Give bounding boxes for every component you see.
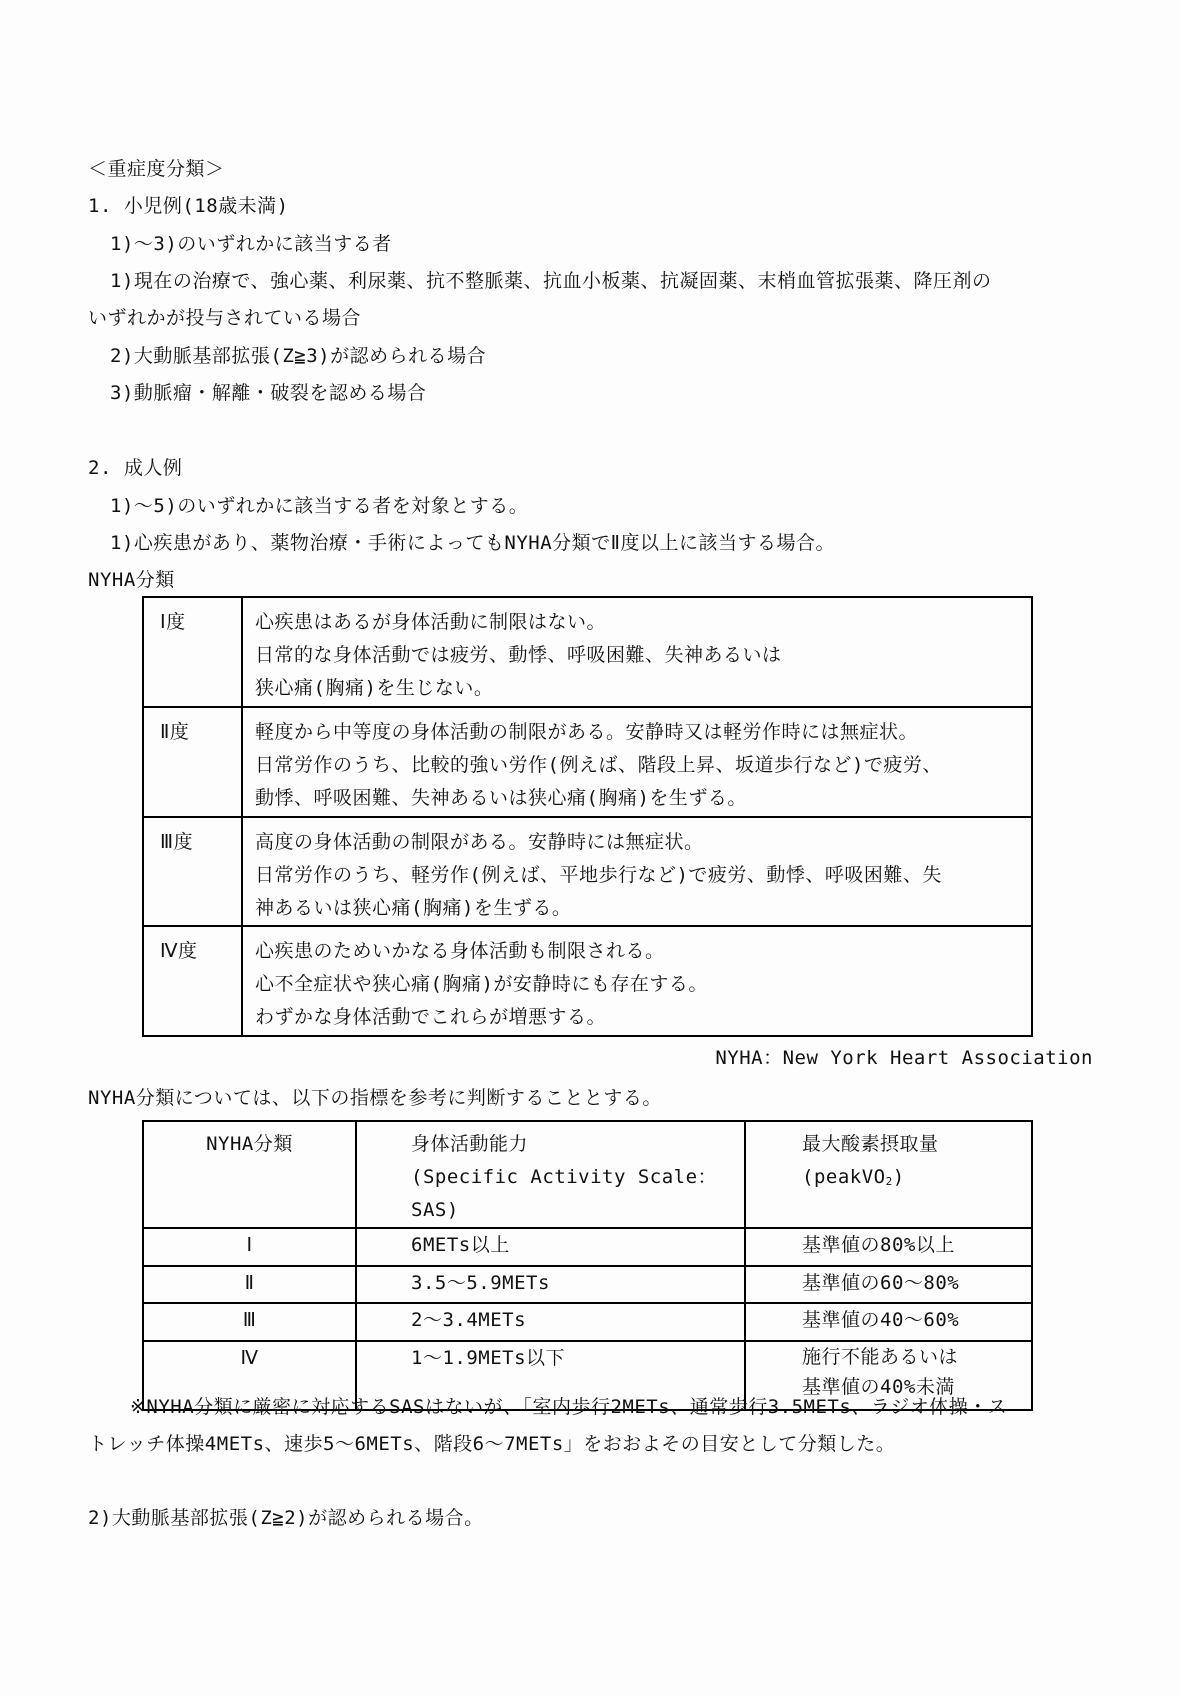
header-vo2: 最大酸素摂取量 (peakVO2): [745, 1121, 1032, 1228]
description-cell: 軽度から中等度の身体活動の制限がある。安静時又は軽労作時には無症状。 日常労作の…: [242, 707, 1032, 817]
description-line: 日常的な身体活動では疲労、動悸、呼吸困難、失神あるいは: [255, 639, 1031, 672]
nyha-footnote: NYHA：New York Heart Association: [715, 1046, 1093, 1070]
adult-item-1: 1)心疾患があり、薬物治療・手術によってもNYHA分類でⅡ度以上に該当する場合。: [110, 531, 835, 555]
note-line-1: ※NYHA分類に厳密に対応するSASはないが、「室内歩行2METs、通常歩行3.…: [130, 1395, 1007, 1419]
grade-cell: Ⅱ度: [143, 707, 242, 817]
table-row: Ⅲ 2～3.4METs 基準値の40～60%: [143, 1303, 1032, 1341]
sas-cell: 6METs以上: [356, 1228, 745, 1266]
adult-item-2: 2)大動脈基部拡張(Z≧2)が認められる場合。: [88, 1506, 484, 1530]
nyha-cell: Ⅰ: [143, 1228, 356, 1266]
paren: ): [893, 1166, 905, 1188]
table-row: Ⅰ度 心疾患はあるが身体活動に制限はない。 日常的な身体活動では疲労、動悸、呼吸…: [143, 597, 1032, 707]
description-line: 軽度から中等度の身体活動の制限がある。安静時又は軽労作時には無症状。: [255, 716, 1031, 749]
vo2-cell: 基準値の80%以上: [745, 1228, 1032, 1266]
adult-heading: 2. 成人例: [88, 456, 182, 480]
header-sas: 身体活動能力 (Specific Activity Scale：SAS): [356, 1121, 745, 1228]
header-line: 最大酸素摂取量: [802, 1128, 1031, 1161]
description-cell: 心疾患のためいかなる身体活動も制限される。 心不全症状や狭心痛(胸痛)が安静時に…: [242, 926, 1032, 1036]
table-row: Ⅱ度 軽度から中等度の身体活動の制限がある。安静時又は軽労作時には無症状。 日常…: [143, 707, 1032, 817]
header-line: (Specific Activity Scale：SAS): [411, 1161, 744, 1227]
header-nyha: NYHA分類: [143, 1121, 356, 1228]
nyha-cell: Ⅲ: [143, 1303, 356, 1341]
description-line: 狭心痛(胸痛)を生じない。: [255, 672, 1031, 705]
header-line: 身体活動能力: [411, 1128, 744, 1161]
pediatric-item-2: 2)大動脈基部拡張(Z≧3)が認められる場合: [110, 344, 486, 368]
vo2-cell: 基準値の40～60%: [745, 1303, 1032, 1341]
section-title: ＜重症度分類＞: [88, 157, 225, 181]
vo2-line: 施行不能あるいは: [802, 1342, 1031, 1372]
nyha-cell: Ⅱ: [143, 1266, 356, 1303]
table-row: Ⅰ 6METs以上 基準値の80%以上: [143, 1228, 1032, 1266]
nyha-classification-table: Ⅰ度 心疾患はあるが身体活動に制限はない。 日常的な身体活動では疲労、動悸、呼吸…: [142, 596, 1033, 1037]
pediatric-item-3: 3)動脈瘤・解離・破裂を認める場合: [110, 381, 426, 405]
table-row: Ⅲ度 高度の身体活動の制限がある。安静時には無症状。 日常労作のうち、軽労作(例…: [143, 817, 1032, 926]
description-line: 心疾患のためいかなる身体活動も制限される。: [255, 935, 1031, 968]
vo2-cell: 基準値の60～80%: [745, 1266, 1032, 1303]
table-row: Ⅳ度 心疾患のためいかなる身体活動も制限される。 心不全症状や狭心痛(胸痛)が安…: [143, 926, 1032, 1036]
description-line: 心疾患はあるが身体活動に制限はない。: [255, 606, 1031, 639]
description-line: 日常労作のうち、軽労作(例えば、平地歩行など)で疲労、動悸、呼吸困難、失: [255, 859, 1031, 892]
table-header-row: NYHA分類 身体活動能力 (Specific Activity Scale：S…: [143, 1121, 1032, 1228]
index-intro: NYHA分類については、以下の指標を参考に判断することとする。: [88, 1086, 662, 1110]
grade-cell: Ⅰ度: [143, 597, 242, 707]
subscript: 2: [886, 1175, 893, 1188]
description-line: 心不全症状や狭心痛(胸痛)が安静時にも存在する。: [255, 968, 1031, 1001]
sas-cell: 3.5～5.9METs: [356, 1266, 745, 1303]
nyha-index-table: NYHA分類 身体活動能力 (Specific Activity Scale：S…: [142, 1120, 1033, 1411]
description-cell: 高度の身体活動の制限がある。安静時には無症状。 日常労作のうち、軽労作(例えば、…: [242, 817, 1032, 926]
pediatric-item-1-cont: いずれかが投与されている場合: [88, 306, 361, 330]
note-line-2: トレッチ体操4METs、速歩5～6METs、階段6～7METs」をおおよその目安…: [88, 1432, 895, 1456]
pediatric-item-1: 1)現在の治療で、強心薬、利尿薬、抗不整脈薬、抗血小板薬、抗凝固薬、末梢血管拡張…: [110, 269, 992, 293]
description-line: わずかな身体活動でこれらが増悪する。: [255, 1001, 1031, 1034]
sas-cell: 2～3.4METs: [356, 1303, 745, 1341]
description-line: 動悸、呼吸困難、失神あるいは狭心痛(胸痛)を生ずる。: [255, 782, 1031, 815]
nyha-label: NYHA分類: [88, 568, 175, 592]
grade-cell: Ⅳ度: [143, 926, 242, 1036]
header-line: (peakVO2): [802, 1161, 1031, 1198]
vo2-label: (peakVO: [802, 1166, 886, 1188]
description-line: 高度の身体活動の制限がある。安静時には無症状。: [255, 826, 1031, 859]
description-line: 神あるいは狭心痛(胸痛)を生ずる。: [255, 892, 1031, 925]
description-line: 日常労作のうち、比較的強い労作(例えば、階段上昇、坂道歩行など)で疲労、: [255, 749, 1031, 782]
table-row: Ⅱ 3.5～5.9METs 基準値の60～80%: [143, 1266, 1032, 1303]
pediatric-heading: 1. 小児例(18歳未満): [88, 194, 289, 218]
grade-cell: Ⅲ度: [143, 817, 242, 926]
description-cell: 心疾患はあるが身体活動に制限はない。 日常的な身体活動では疲労、動悸、呼吸困難、…: [242, 597, 1032, 707]
pediatric-intro: 1)～3)のいずれかに該当する者: [110, 232, 392, 256]
adult-intro: 1)～5)のいずれかに該当する者を対象とする。: [110, 494, 528, 518]
